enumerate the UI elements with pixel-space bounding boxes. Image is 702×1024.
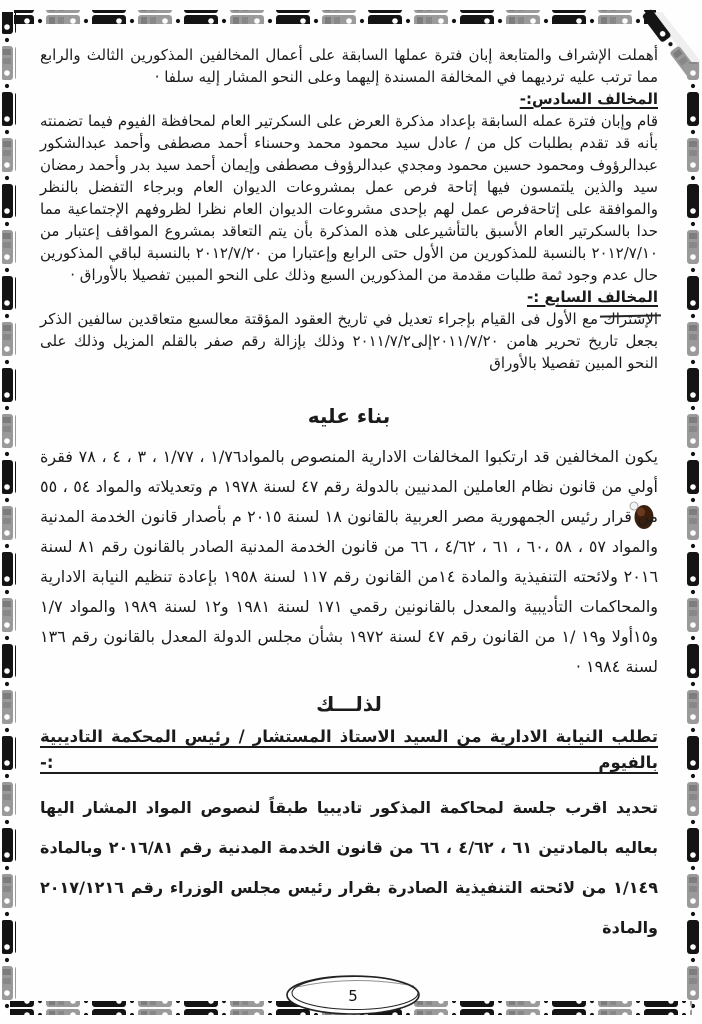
- border-top: [14, 10, 656, 24]
- heading-prosecution-request: تطلب النيابة الادارية من السيد الاستاذ ا…: [40, 724, 658, 776]
- heading-lithalik: لذلـــك: [40, 690, 658, 718]
- paragraph-sixth-offender: قام وإبان فترة عمله السابقة بإعداد مذكرة…: [40, 110, 658, 286]
- paragraph-seventh-offender: الإشتراك مع الأول فى القيام بإجراء تعديل…: [40, 308, 658, 374]
- heading-sixth-offender: المخالف السادس:-: [40, 88, 658, 110]
- heading-binaa-alayh: بناء عليه: [40, 402, 658, 430]
- document-text-block: أهملت الإشراف والمتابعة إبان فترة عملها …: [40, 44, 658, 948]
- page-number: 5: [287, 977, 419, 1015]
- paragraph-supervision-neglect: أهملت الإشراف والمتابعة إبان فترة عملها …: [40, 44, 658, 88]
- scanned-document-page: أهملت الإشراف والمتابعة إبان فترة عملها …: [0, 0, 702, 1024]
- paragraph-seventh-offender-rest: مع الأول فى القيام بإجراء تعديل في تاريخ…: [40, 310, 658, 372]
- paragraph-trial-request: تحديد اقرب جلسة لمحاكمة المذكور تاديبيا …: [40, 788, 658, 948]
- page-number-value: 5: [348, 987, 358, 1005]
- heading-seventh-offender: المخالف السابع :-: [40, 286, 658, 308]
- border-right: [687, 62, 701, 1010]
- border-left: [2, 12, 16, 1012]
- paragraph-violated-laws: يكون المخالفين قد ارتكبوا المخالفات الاد…: [40, 442, 658, 682]
- struck-word: الإشتراك: [603, 308, 658, 330]
